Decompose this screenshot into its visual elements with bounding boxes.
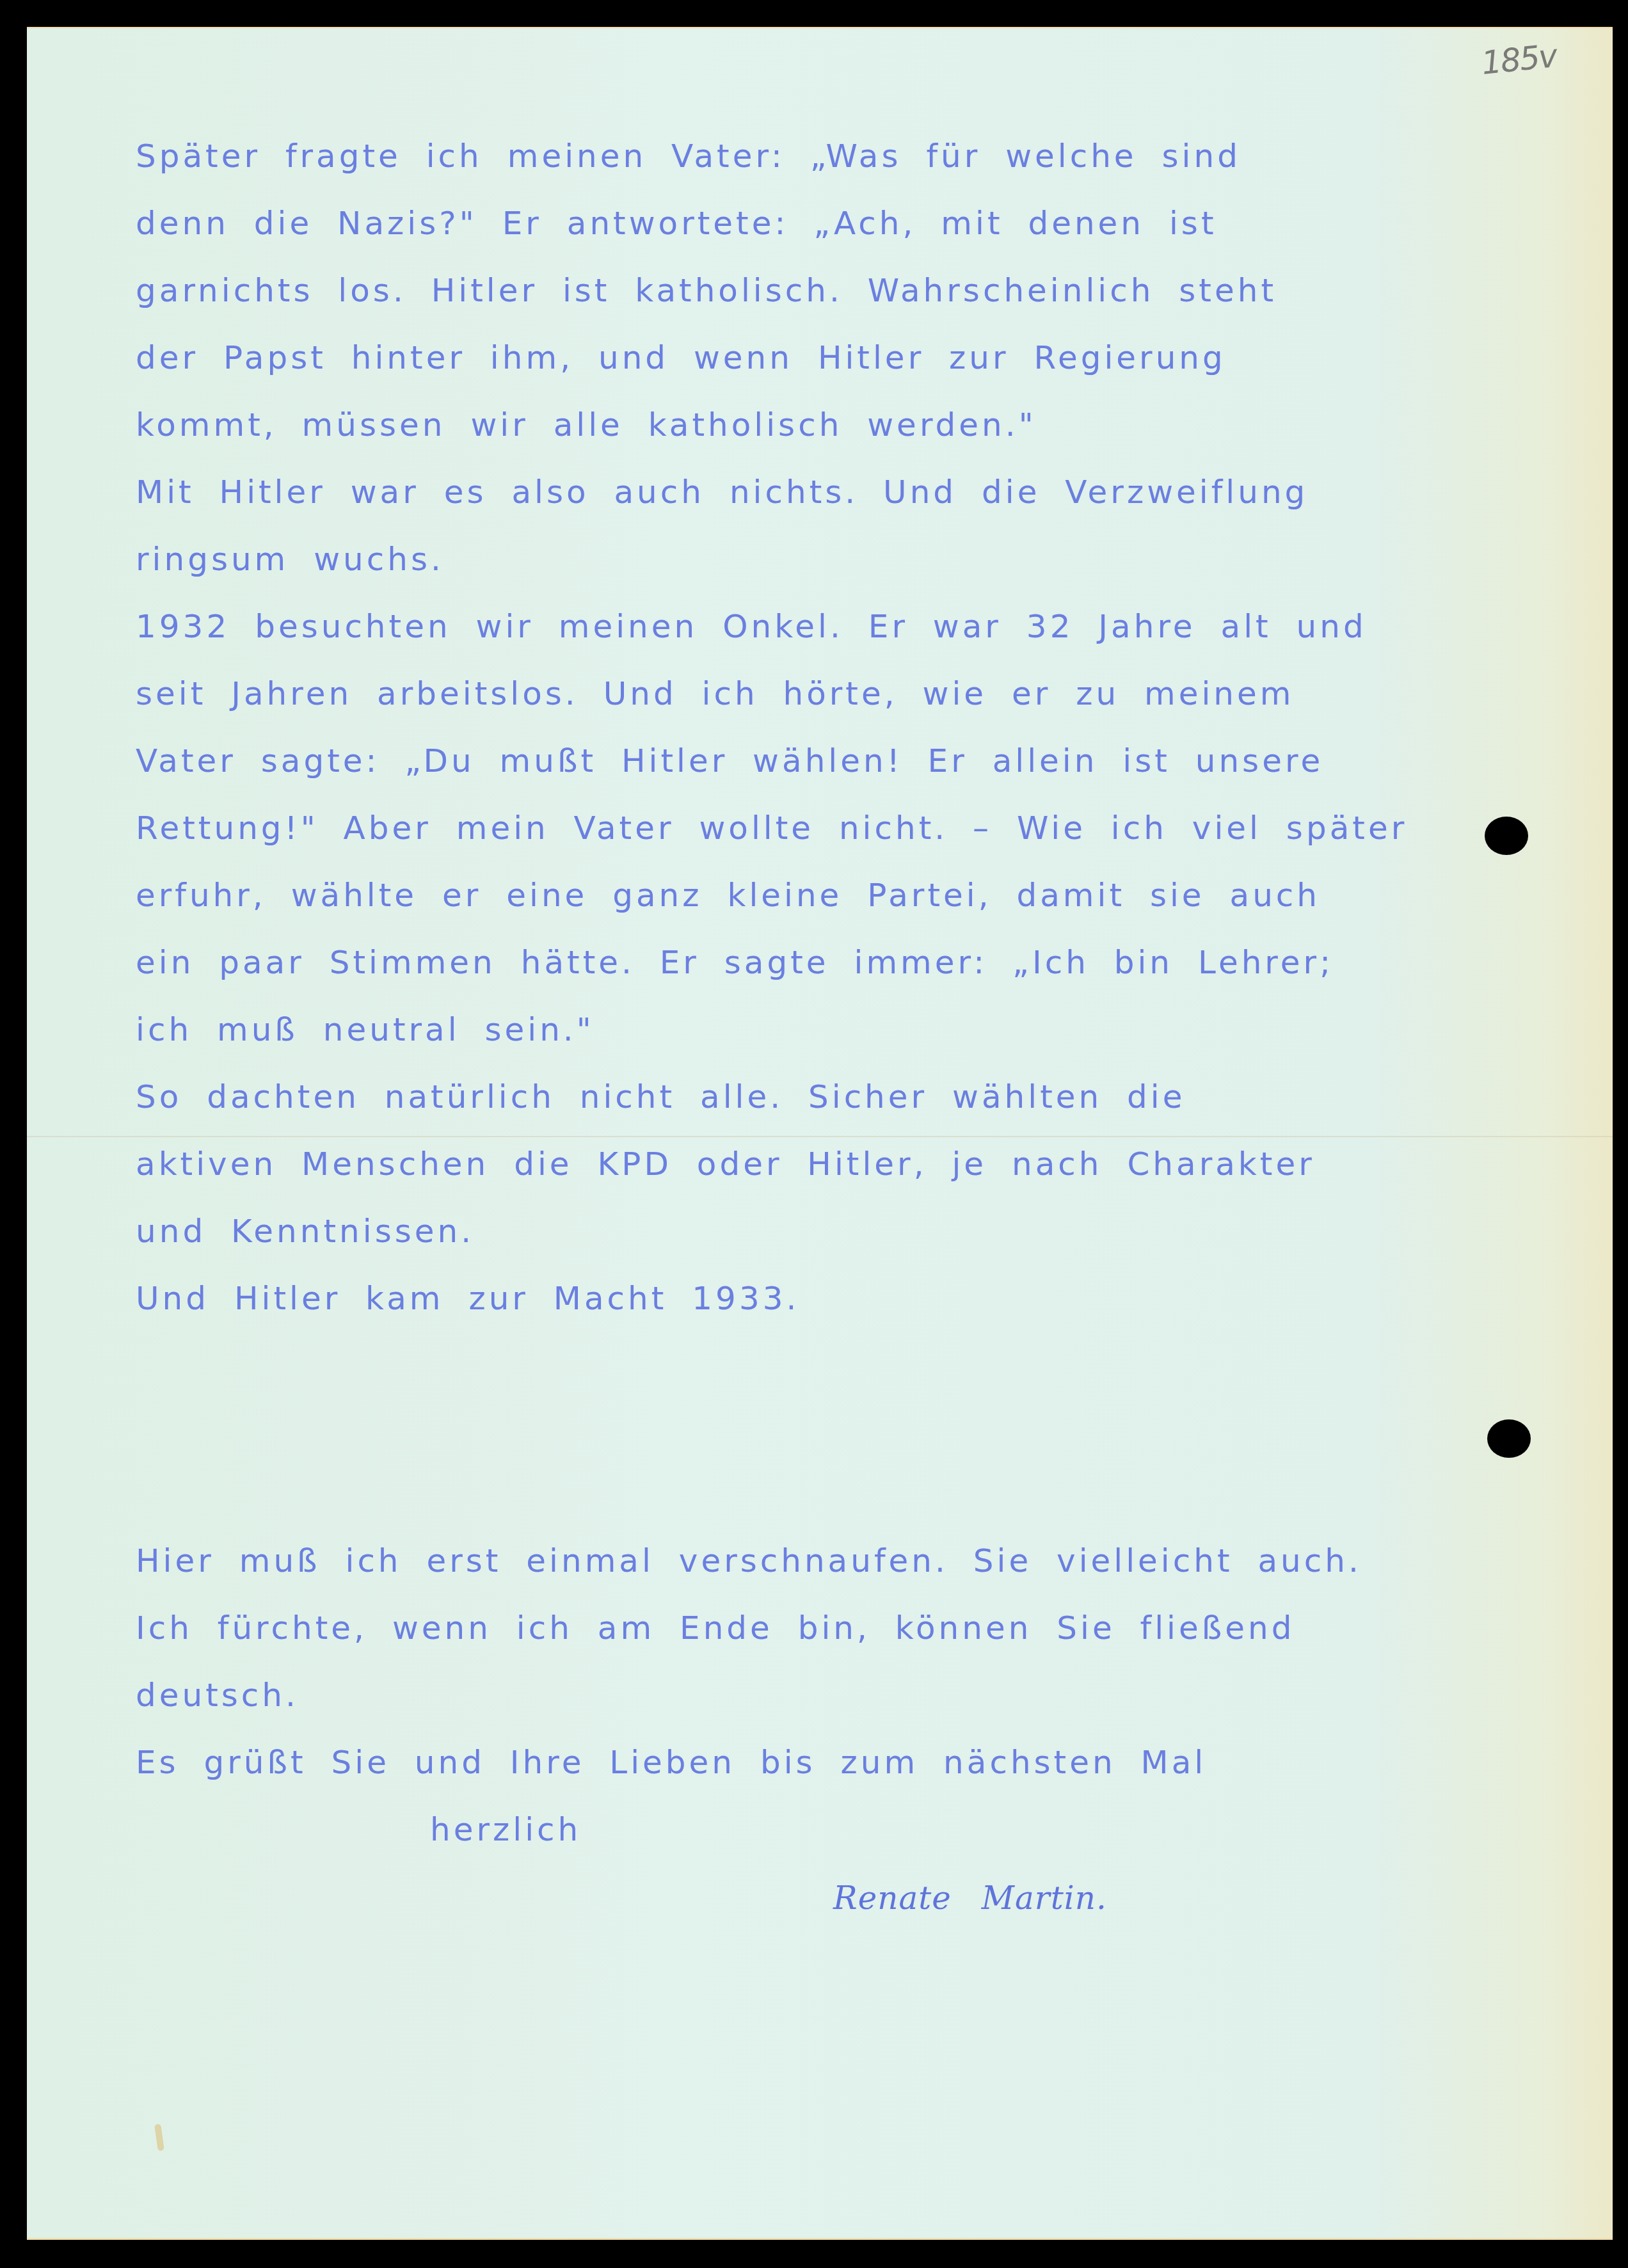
text-line: Später fragte ich meinen Vater: „Was für…	[136, 123, 1608, 190]
closing-line: Hier muß ich erst einmal verschnaufen. S…	[136, 1528, 1608, 1595]
text-line: seit Jahren arbeitslos. Und ich hörte, w…	[136, 660, 1608, 728]
text-line: denn die Nazis?" Er antwortete: „Ach, mi…	[136, 190, 1608, 257]
text-line: garnichts los. Hitler ist katholisch. Wa…	[136, 257, 1608, 324]
letter-page: 185v Später fragte ich meinen Vater: „Wa…	[27, 27, 1613, 2240]
text-line: Mit Hitler war es also auch nichts. Und …	[136, 459, 1608, 526]
closing-line: deutsch.	[136, 1662, 1608, 1729]
letter-body: Später fragte ich meinen Vater: „Was für…	[136, 123, 1608, 1932]
text-line: 1932 besuchten wir meinen Onkel. Er war …	[136, 593, 1608, 660]
text-line: Und Hitler kam zur Macht 1933.	[136, 1265, 1608, 1332]
folio-number: 185v	[1480, 37, 1558, 82]
signature: Renate Martin.	[136, 1865, 1608, 1932]
closing-line: Ich fürchte, wenn ich am Ende bin, könne…	[136, 1595, 1608, 1662]
text-line: erfuhr, wählte er eine ganz kleine Parte…	[136, 862, 1608, 929]
text-line: der Papst hinter ihm, und wenn Hitler zu…	[136, 324, 1608, 392]
text-line: und Kenntnissen.	[136, 1198, 1608, 1265]
text-line: Rettung!" Aber mein Vater wollte nicht. …	[136, 795, 1608, 862]
text-line: kommt, müssen wir alle katholisch werden…	[136, 392, 1608, 459]
closing-line: Es grüßt Sie und Ihre Lieben bis zum näc…	[136, 1729, 1608, 1796]
paragraph-gap	[136, 1332, 1608, 1528]
punch-hole	[1487, 1419, 1531, 1458]
text-line: So dachten natürlich nicht alle. Sicher …	[136, 1064, 1608, 1131]
paper-stain	[154, 2124, 164, 2152]
punch-hole	[1485, 817, 1528, 855]
text-line: ein paar Stimmen hätte. Er sagte immer: …	[136, 929, 1608, 996]
salutation: herzlich	[136, 1796, 1608, 1864]
text-line: aktiven Menschen die KPD oder Hitler, je…	[136, 1131, 1608, 1198]
text-line: ich muß neutral sein."	[136, 996, 1608, 1064]
text-line: Vater sagte: „Du mußt Hitler wählen! Er …	[136, 728, 1608, 795]
text-line: ringsum wuchs.	[136, 526, 1608, 593]
